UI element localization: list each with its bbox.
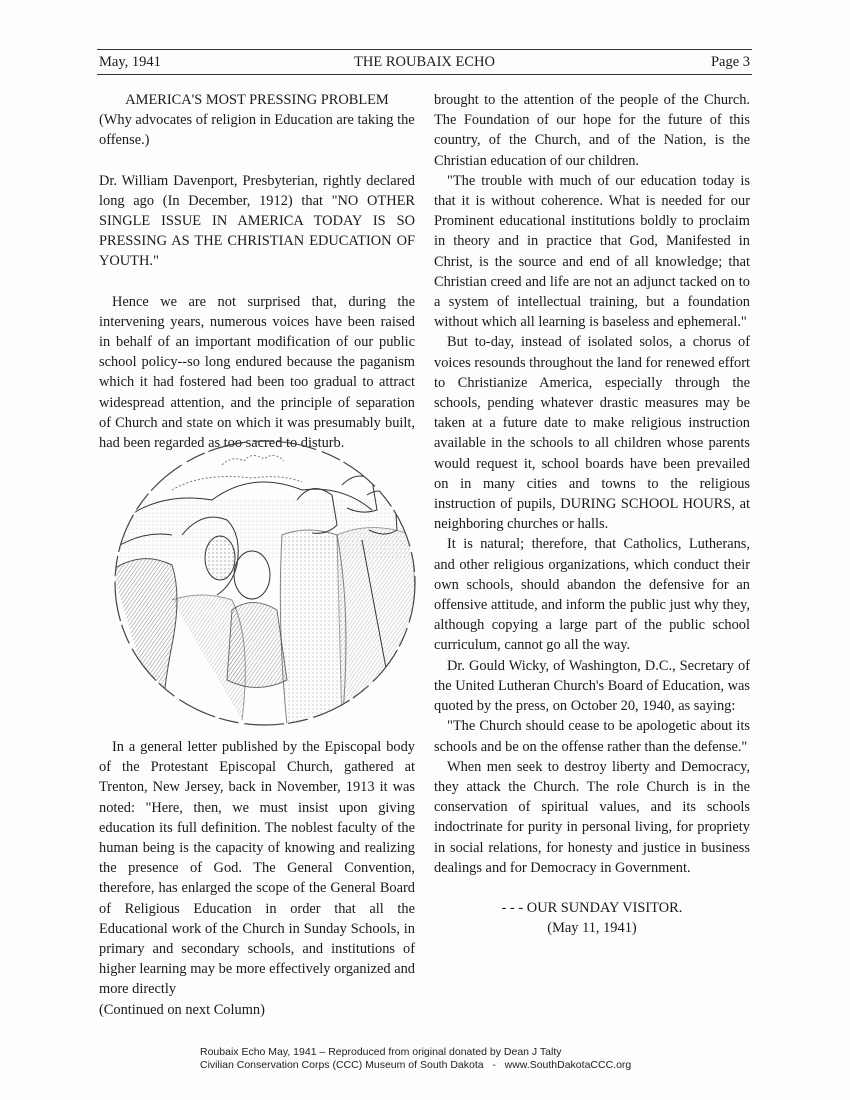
paragraph-hence: Hence we are not surprised that, during … bbox=[99, 292, 415, 454]
footer-line-2: Civilian Conservation Corps (CCC) Museum… bbox=[200, 1059, 631, 1072]
newspaper-page: May, 1941 THE ROUBAIX ECHO Page 3 AMERIC… bbox=[0, 0, 850, 1100]
header-top-rule bbox=[97, 49, 752, 50]
article-subtitle: (Why advocates of religion in Education … bbox=[99, 110, 415, 150]
paragraph-continued: brought to the attention of the people o… bbox=[434, 90, 750, 171]
left-column: AMERICA'S MOST PRESSING PROBLEM (Why adv… bbox=[99, 90, 415, 453]
source-date: (May 11, 1941) bbox=[434, 918, 750, 938]
right-column: brought to the attention of the people o… bbox=[434, 90, 750, 938]
engraving-illustration-icon bbox=[112, 440, 418, 730]
paragraph-episcopal: In a general letter published by the Epi… bbox=[99, 737, 415, 1000]
paragraph-davenport: Dr. William Davenport, Presbyterian, rig… bbox=[99, 171, 415, 272]
page-footer: Roubaix Echo May, 1941 – Reproduced from… bbox=[200, 1046, 631, 1072]
paragraph-wicky: Dr. Gould Wicky, of Washington, D.C., Se… bbox=[434, 656, 750, 717]
source-attribution: - - - OUR SUNDAY VISITOR. bbox=[434, 898, 750, 918]
paragraph-trouble: "The trouble with much of our education … bbox=[434, 171, 750, 333]
paragraph-quote: "The Church should cease to be apologeti… bbox=[434, 716, 750, 756]
page-header: May, 1941 THE ROUBAIX ECHO Page 3 bbox=[99, 52, 750, 72]
continued-note: (Continued on next Column) bbox=[99, 1000, 415, 1020]
paragraph-chorus: But to-day, instead of isolated solos, a… bbox=[434, 332, 750, 534]
paragraph-liberty: When men seek to destroy liberty and Dem… bbox=[434, 757, 750, 878]
paragraph-natural: It is natural; therefore, that Catholics… bbox=[434, 534, 750, 655]
header-bottom-rule bbox=[97, 74, 752, 75]
header-publication-title: THE ROUBAIX ECHO bbox=[99, 52, 750, 72]
left-column-lower: In a general letter published by the Epi… bbox=[99, 737, 415, 1020]
header-page-number: Page 3 bbox=[711, 52, 750, 72]
article-title: AMERICA'S MOST PRESSING PROBLEM bbox=[99, 90, 415, 110]
footer-line-1: Roubaix Echo May, 1941 – Reproduced from… bbox=[200, 1046, 631, 1059]
